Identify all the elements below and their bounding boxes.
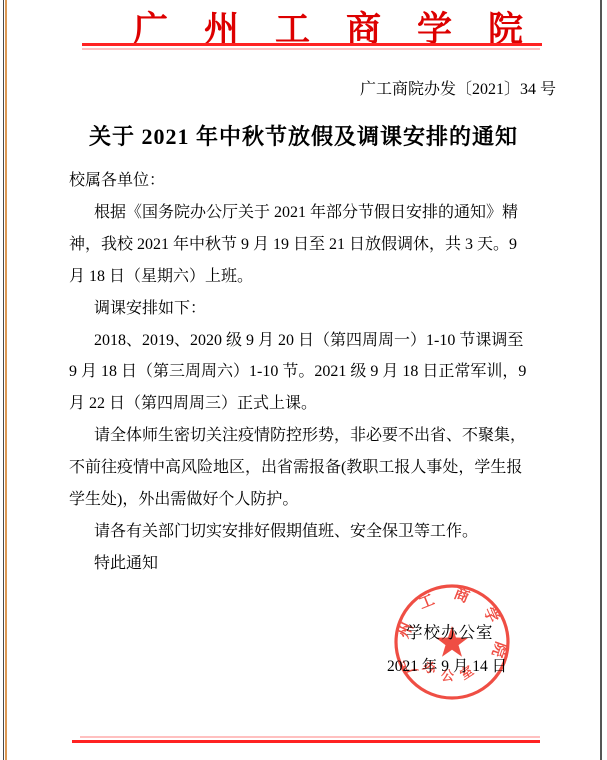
body-line: 请各有关部门切实安排好假期值班、安全保卫等工作。 bbox=[69, 516, 547, 548]
footer-rule-pink bbox=[80, 736, 540, 738]
body-line: 月 18 日（星期六）上班。 bbox=[69, 261, 547, 293]
body-line: 根据《国务院办公厅关于 2021 年部分节假日安排的通知》精 bbox=[69, 197, 547, 229]
document-page: 广州工商学院 广工商院办发〔2021〕34 号 关于 2021 年中秋节放假及调… bbox=[0, 0, 607, 760]
body-line: 校属各单位： bbox=[69, 165, 547, 197]
body-line: 2018、2019、2020 级 9 月 20 日（第四周周一）1-10 节课调… bbox=[69, 325, 547, 357]
body-line: 特此通知 bbox=[69, 548, 547, 580]
body-line: 月 22 日（第四周周三）正式上课。 bbox=[69, 388, 547, 420]
body-line: 调课安排如下： bbox=[69, 293, 547, 325]
signature-office: 学校办公室 bbox=[406, 619, 494, 643]
body-line: 9 月 18 日（第三周周六）1-10 节。2021 级 9 月 18 日正常军… bbox=[69, 356, 547, 388]
document-number: 广工商院办发〔2021〕34 号 bbox=[360, 76, 556, 99]
body-line: 神，我校 2021 年中秋节 9 月 19 日至 21 日放假调休，共 3 天。… bbox=[69, 229, 547, 261]
footer-rule-red bbox=[72, 740, 540, 743]
letterhead-rule-red bbox=[82, 43, 542, 46]
body-line: 不前往疫情中高风险地区，出省需报备(教职工报人事处，学生报 bbox=[69, 452, 547, 484]
document-title: 关于 2021 年中秋节放假及调课安排的通知 bbox=[0, 120, 607, 151]
left-edge-dark-line bbox=[3, 0, 4, 760]
body-line: 请全体师生密切关注疫情防控形势，非必要不出省、不聚集， bbox=[69, 420, 547, 452]
signature-date: 2021 年 9 月 14 日 bbox=[387, 654, 507, 676]
right-edge-gray-line bbox=[600, 0, 602, 760]
body-line: 学生处)，外出需做好个人防护。 bbox=[69, 484, 547, 516]
official-seal-stamp: 广州工商学院 办公室 bbox=[392, 582, 512, 704]
letterhead-rule-pink bbox=[82, 48, 540, 50]
document-body: 校属各单位：根据《国务院办公厅关于 2021 年部分节假日安排的通知》精神，我校… bbox=[69, 165, 547, 580]
left-edge-tan-line bbox=[5, 0, 7, 760]
